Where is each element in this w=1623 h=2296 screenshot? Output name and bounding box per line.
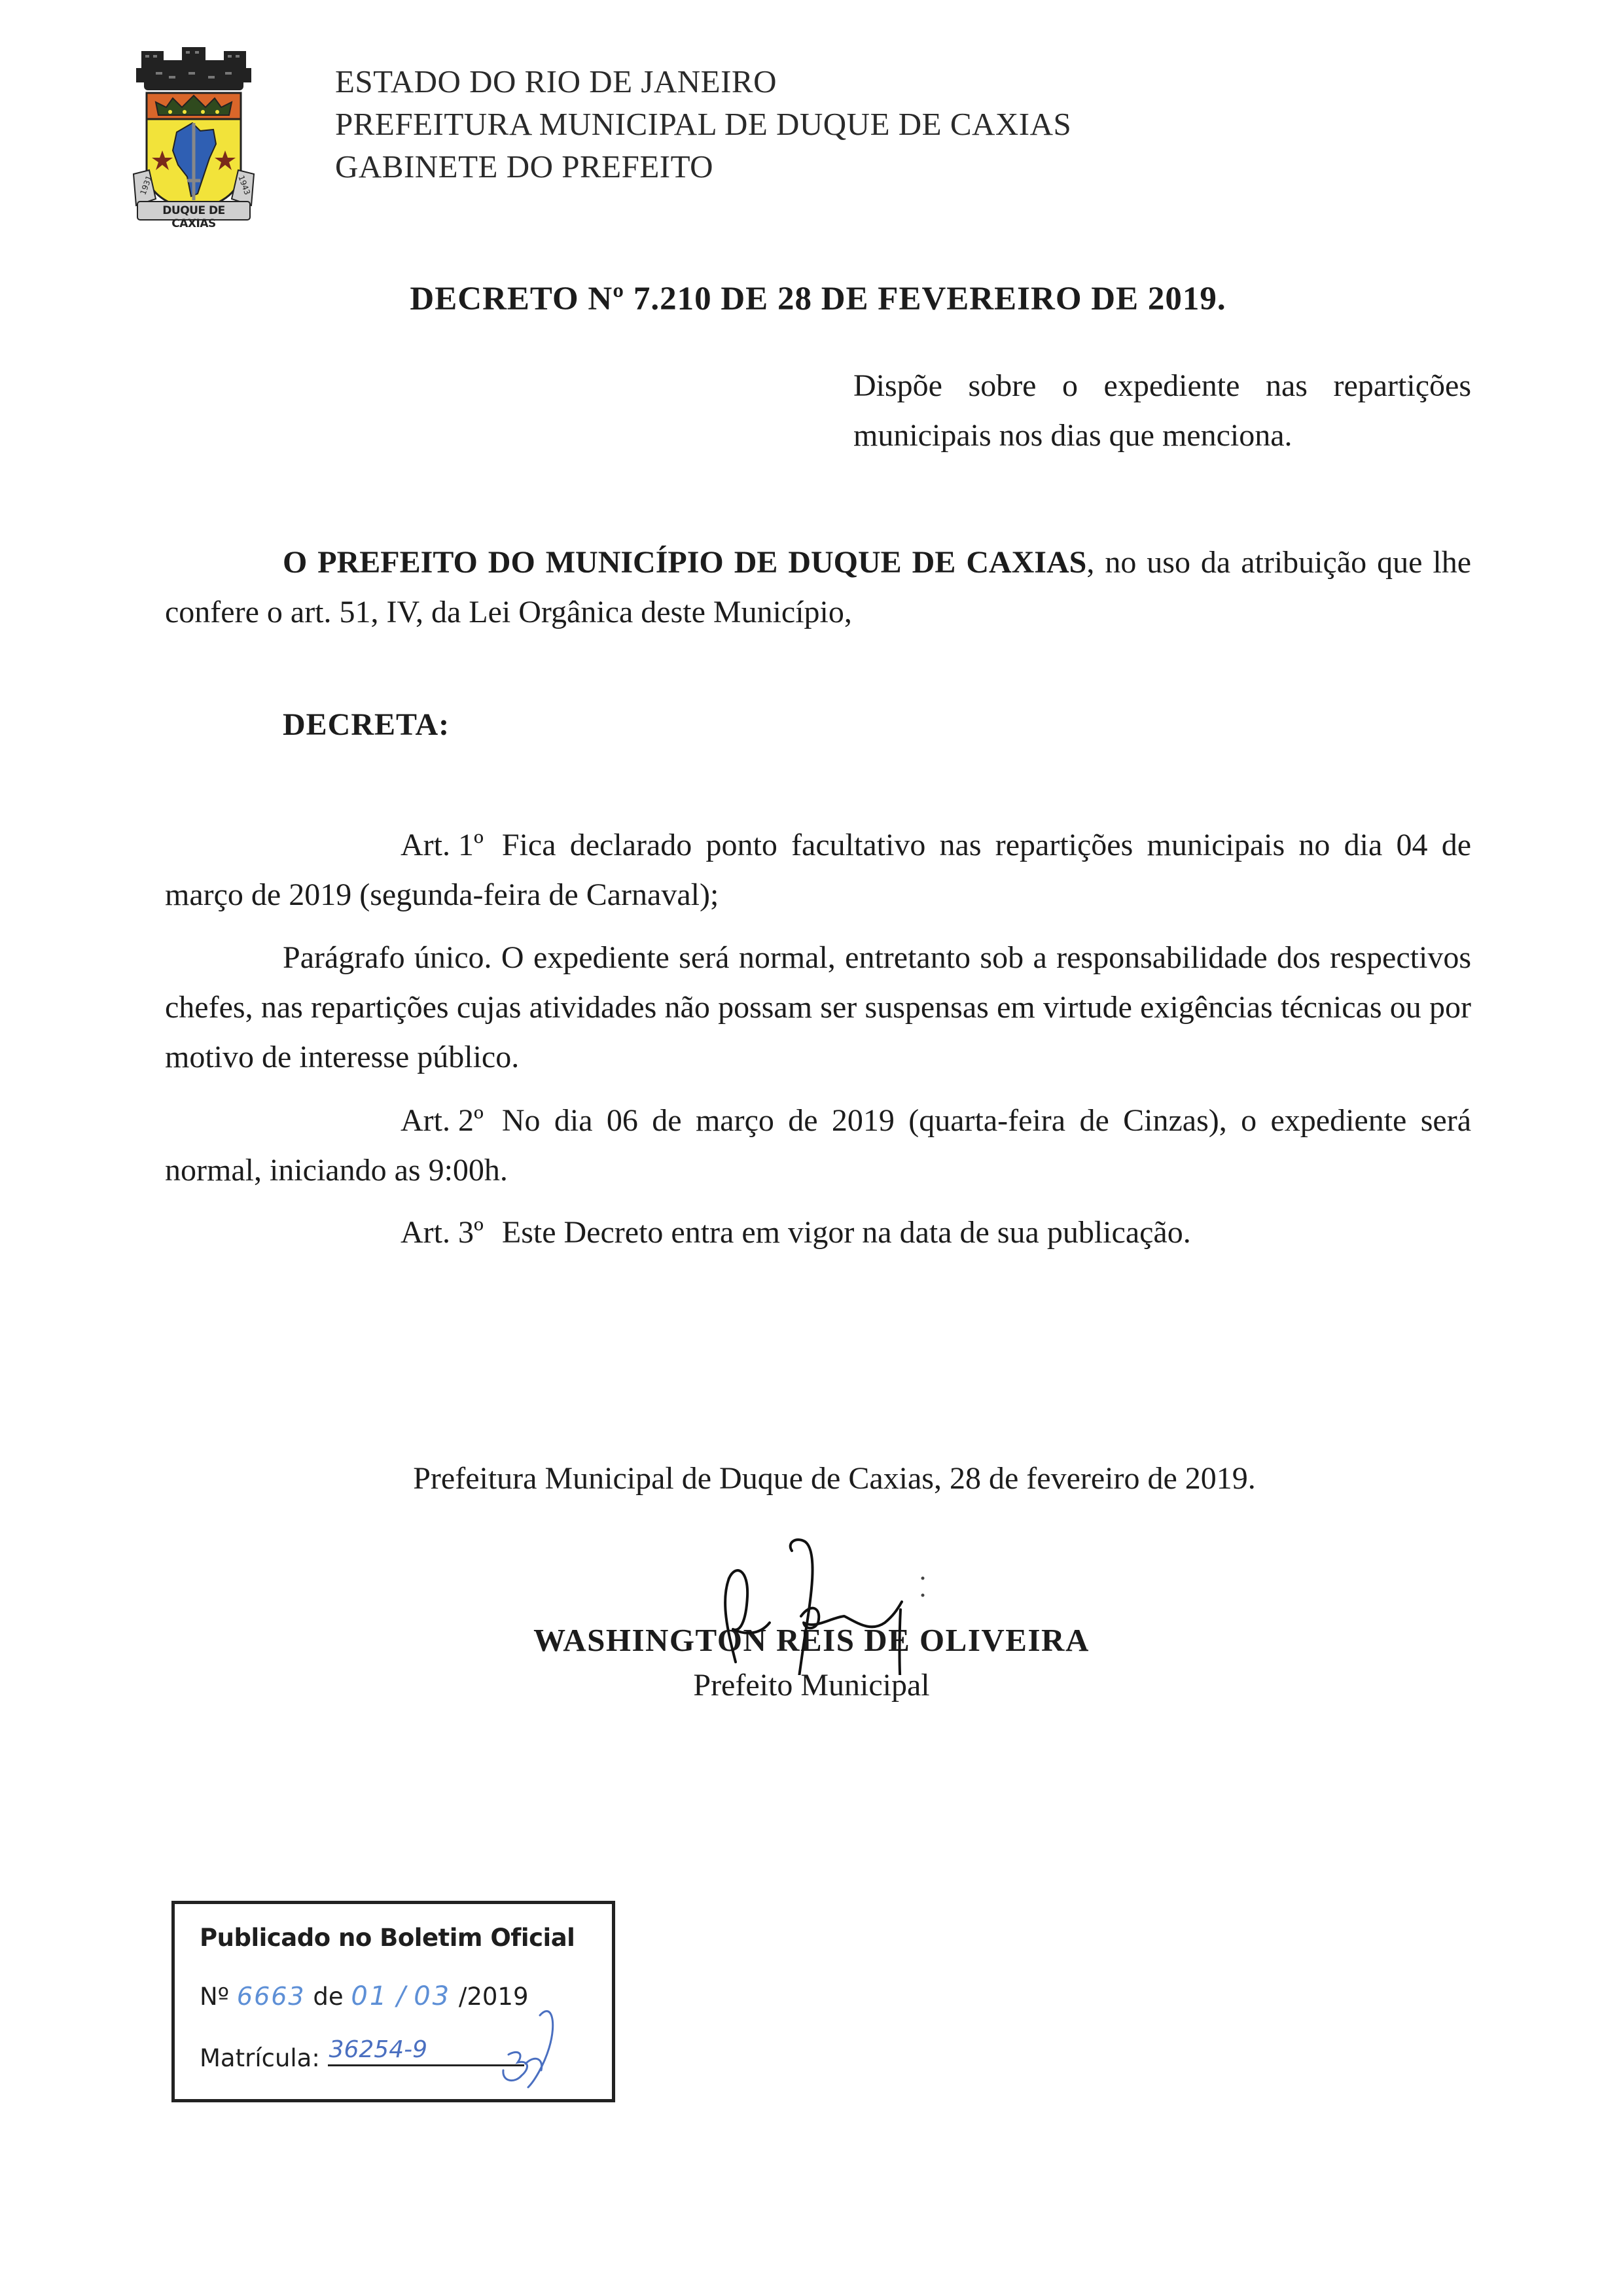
letterhead-city-hall: PREFEITURA MUNICIPAL DE DUQUE DE CAXIAS <box>335 103 1071 145</box>
preamble: O PREFEITO DO MUNICÍPIO DE DUQUE DE CAXI… <box>165 538 1471 637</box>
sole-paragraph: Parágrafo único. O expediente será norma… <box>165 933 1471 1082</box>
handwritten-initials-icon <box>489 2002 567 2094</box>
crest-banner-label: DUQUE DE CAXIAS <box>143 204 245 230</box>
matricula-label: Matrícula: <box>200 2044 320 2072</box>
letterhead: ESTADO DO RIO DE JANEIRO PREFEITURA MUNI… <box>335 60 1071 188</box>
article-3: Art. 3ºEste Decreto entra em vigor na da… <box>165 1208 1471 1258</box>
registration-line: Matrícula: 36254-9 <box>200 2038 524 2072</box>
place-and-date: Prefeitura Municipal de Duque de Caxias,… <box>0 1460 1623 1496</box>
article-label: Art. 1º <box>283 821 484 870</box>
bulletin-number-line: Nº 6663 de 01 / 03 /2019 <box>200 1981 529 2011</box>
article-1: Art. 1ºFica declarado ponto facultativo … <box>165 821 1471 920</box>
publication-day-handwritten: 01 <box>351 1981 388 2011</box>
stamp-title: Publicado no Boletim Oficial <box>200 1924 575 1952</box>
decree-title: DECRETO Nº 7.210 DE 28 DE FEVEREIRO DE 2… <box>0 280 1623 318</box>
publication-stamp: Publicado no Boletim Oficial Nº 6663 de … <box>171 1901 615 2102</box>
article-text: Este Decreto entra em vigor na data de s… <box>502 1215 1191 1250</box>
decree-summary: Dispõe sobre o expediente nas repartiçõe… <box>853 361 1471 461</box>
letterhead-state: ESTADO DO RIO DE JANEIRO <box>335 60 1071 103</box>
article-2: Art. 2ºNo dia 06 de março de 2019 (quart… <box>165 1096 1471 1195</box>
municipal-coat-of-arms: DUQUE DE CAXIAS 1931 1943 <box>130 46 258 222</box>
paragraph-label: Parágrafo único. <box>283 940 492 975</box>
preamble-authority: O PREFEITO DO MUNICÍPIO DE DUQUE DE CAXI… <box>283 545 1086 580</box>
date-connector: de <box>313 1983 343 2011</box>
matricula-handwritten: 36254-9 <box>329 2036 427 2063</box>
publication-month-handwritten: 03 <box>414 1981 451 2011</box>
coat-of-arms-icon <box>130 46 258 222</box>
bulletin-number-handwritten: 6663 <box>237 1982 306 2011</box>
article-label: Art. 2º <box>283 1096 484 1146</box>
number-label: Nº <box>200 1983 229 2011</box>
article-label: Art. 3º <box>283 1208 484 1258</box>
letterhead-office: GABINETE DO PREFEITO <box>335 145 1071 188</box>
decreta-heading: DECRETA: <box>283 707 450 743</box>
handwritten-signature-icon <box>713 1525 949 1675</box>
